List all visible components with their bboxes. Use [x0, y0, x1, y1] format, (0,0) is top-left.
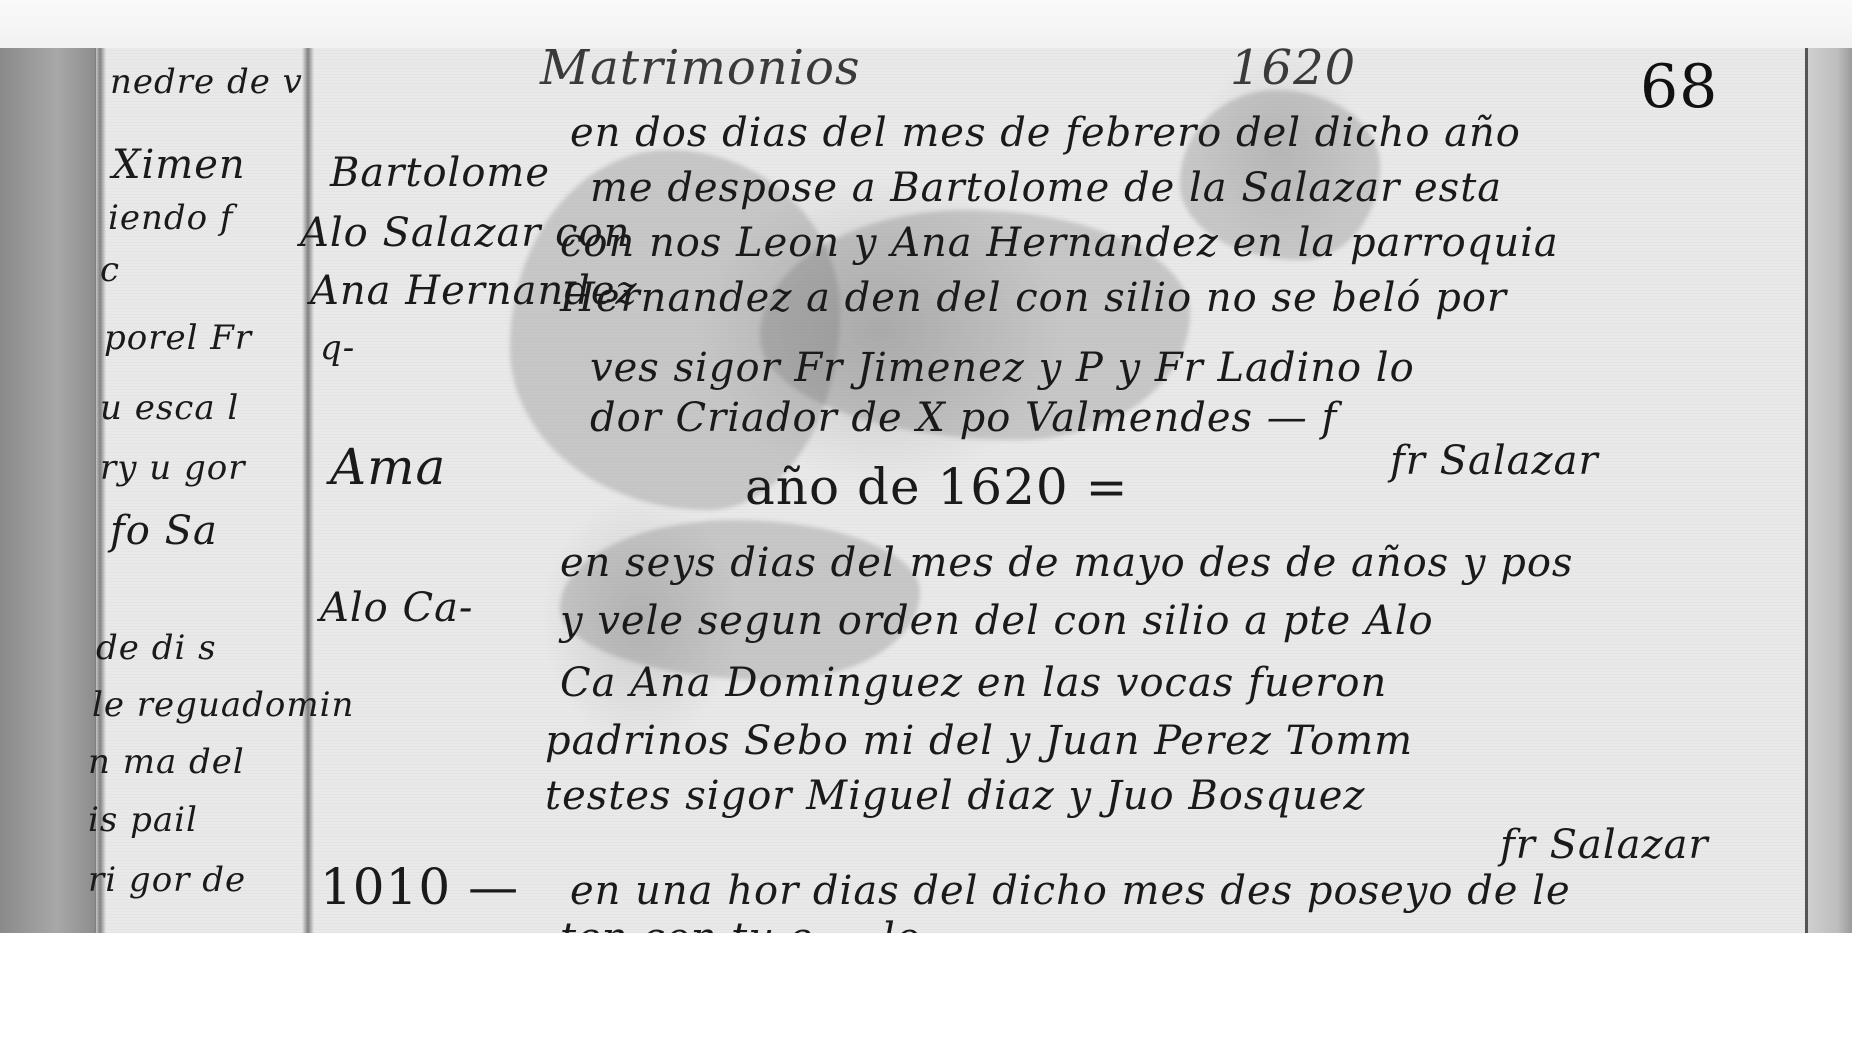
scanned-manuscript-page: Matrimonios 1620 68 nedre de v Ximen ien…: [0, 0, 1852, 933]
entry-line: y vele segun orden del con silio a pte A…: [560, 598, 1434, 644]
entry-line: Hernandez a den del con silio no se beló…: [560, 275, 1507, 321]
margin-note: ri gor de: [88, 860, 246, 900]
entry-line: Ca Ana Dominguez en las vocas fueron: [560, 660, 1387, 706]
column-rule-left: [302, 48, 314, 933]
register-year: 1620: [1230, 40, 1356, 96]
signature: fr Salazar: [1390, 438, 1599, 484]
margin-note: is pail: [88, 800, 198, 840]
margin-note: ry u gor: [100, 448, 245, 488]
margin-note: n ma del: [88, 742, 245, 782]
margin-note: c: [100, 250, 120, 290]
margin-note: fo Sa: [110, 508, 218, 554]
margin-note: de di s: [96, 628, 217, 668]
margin-note: nedre de v: [110, 62, 303, 102]
entry-line: ten con tu e ... lo: [560, 915, 921, 933]
entry-line: dor Criador de X po Valmendes — f: [590, 395, 1337, 441]
entry-line: en dos dias del mes de febrero del dicho…: [570, 110, 1521, 156]
year-heading: año de 1620 =: [745, 458, 1129, 516]
entry-line: testes sigor Miguel diaz y Juo Bosquez: [545, 773, 1365, 819]
register-title: Matrimonios: [540, 40, 861, 96]
entry-line: padrinos Sebo mi del y Juan Perez Tomm: [545, 718, 1413, 764]
margin-note: Ximen: [112, 142, 246, 188]
margin-note: u esca l: [100, 388, 239, 428]
margin-name: q-: [320, 328, 355, 368]
entry-line: en seys dias del mes de mayo des de años…: [560, 540, 1573, 586]
blank-area-below-scan: [0, 933, 1852, 1053]
signature: fr Salazar: [1500, 822, 1709, 868]
page-right-edge: [1805, 48, 1852, 933]
entry-line: me despose a Bartolome de la Salazar est…: [590, 165, 1502, 211]
page-number: 68: [1640, 52, 1718, 122]
margin-note: le reguadomin: [92, 685, 354, 725]
margin-name: Bartolome: [330, 150, 550, 196]
margin-note: iendo f: [108, 198, 234, 238]
entry-line: con nos Leon y Ana Hernandez en la parro…: [560, 220, 1559, 266]
page-top-margin: [0, 0, 1852, 48]
entry-line: ves sigor Fr Jimenez y P y Fr Ladino lo: [590, 345, 1415, 391]
margin-note: porel Fr: [104, 318, 252, 358]
margin-name: 1010 —: [320, 858, 519, 916]
margin-name: Alo Ca-: [320, 585, 473, 631]
book-binding-shadow: [0, 48, 96, 933]
entry-line: en una hor dias del dicho mes des poseyo…: [570, 868, 1571, 914]
margin-name: Ama: [330, 438, 446, 496]
